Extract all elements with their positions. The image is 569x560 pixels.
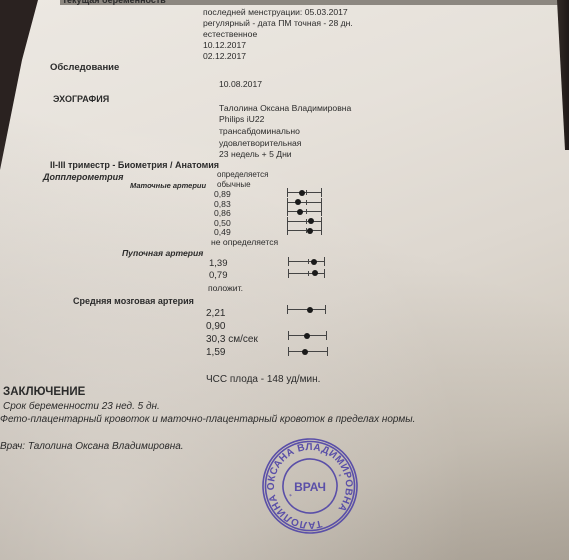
section-trimester: II-III триместр - Биометрия / Анатомия [50, 160, 219, 170]
doppler-value: 0,49 [214, 227, 231, 237]
value-marker [311, 259, 317, 265]
reference-range-bar [288, 269, 325, 278]
visualization-value: удовлетворительная [219, 138, 301, 148]
conclusion-line-1: Срок беременности 23 нед. 5 дн. [3, 401, 160, 412]
section-exam: Обследование [50, 62, 119, 73]
doppler-value: 0,50 [214, 218, 231, 228]
conception-value: естественное [203, 29, 257, 39]
cpr-value: 1,59 [206, 347, 225, 358]
edf-value: положит. [208, 283, 243, 293]
value-marker [297, 209, 303, 215]
operator-value: Талолина Оксана Владимировна [219, 103, 351, 113]
cycle-value: регулярный - дата ПМ точная - 28 дн. [203, 18, 353, 28]
cpr-reference-bar [288, 347, 328, 356]
conclusion-title: ЗАКЛЮЧЕНИЕ [3, 386, 85, 398]
section-current-pregnancy: Текущая беременность [62, 0, 166, 5]
mca-ri-value: 0,90 [206, 321, 225, 332]
value-marker [307, 307, 313, 313]
doppler-value: 0,86 [214, 208, 231, 218]
heartbeat-value: определяется [217, 170, 268, 179]
uterine-title: Маточные артерии [130, 181, 206, 190]
reference-range-bar [288, 257, 325, 266]
mca-psv-reference-bar [288, 331, 327, 340]
value-marker [307, 228, 313, 234]
doctor-stamp: ТАЛОЛИНА ОКСАНА ВЛАДИМИРОВНА ВРАЧ * * [260, 436, 360, 536]
umbilical-title: Пупочная артерия [122, 248, 203, 258]
notes-value: ЧСС плода - 148 уд/мин. [206, 374, 320, 385]
reference-range-bar [287, 198, 322, 207]
dicrotic-value: не определяется [211, 237, 278, 247]
stamp-seal-icon: ТАЛОЛИНА ОКСАНА ВЛАДИМИРОВНА ВРАЧ * * [244, 420, 377, 553]
doctor-signature-line: Врач: Талолина Оксана Владимировна. [0, 441, 184, 452]
lmp-value: последней менструации: 05.03.2017 [203, 7, 348, 17]
doppler-value: 0,79 [209, 270, 228, 281]
mca-pi-reference-bar [287, 305, 326, 314]
mca-title: Средняя мозговая артерия [73, 296, 194, 306]
value-marker [304, 333, 310, 339]
svg-text:*: * [288, 491, 296, 497]
section-echography: ЭХОГРАФИЯ [53, 94, 109, 104]
value-marker [308, 218, 314, 224]
value-marker [302, 349, 308, 355]
ga-value: 23 недель + 5 Дни [219, 149, 292, 159]
exam-date-value: 10.08.2017 [219, 79, 262, 89]
doppler-value: 1,39 [209, 258, 228, 269]
value-marker [299, 190, 305, 196]
section-doppler: Допплерометрия [43, 172, 123, 182]
scanner-value: Philips iU22 [219, 114, 264, 124]
mca-pi-value: 2,21 [206, 308, 225, 319]
movement-value: обычные [217, 180, 251, 189]
mca-psv-value: 30,3 см/сек [206, 334, 258, 345]
value-marker [295, 199, 301, 205]
conclusion-line-2: Фето-плацентарный кровоток и маточно-пла… [0, 414, 415, 425]
value-marker [312, 270, 318, 276]
edd-lmp-value: 10.12.2017 [203, 40, 246, 50]
reference-range-bar [287, 226, 322, 235]
edd-us-value: 02.12.2017 [203, 51, 246, 61]
reference-range-bar [287, 207, 322, 216]
access-value: трансабдоминально [219, 126, 300, 136]
reference-range-bar [287, 217, 322, 226]
reference-range-bar [287, 188, 322, 197]
doppler-value: 0,89 [214, 189, 231, 199]
doppler-value: 0,83 [214, 199, 231, 209]
svg-text:ВРАЧ: ВРАЧ [294, 480, 326, 494]
